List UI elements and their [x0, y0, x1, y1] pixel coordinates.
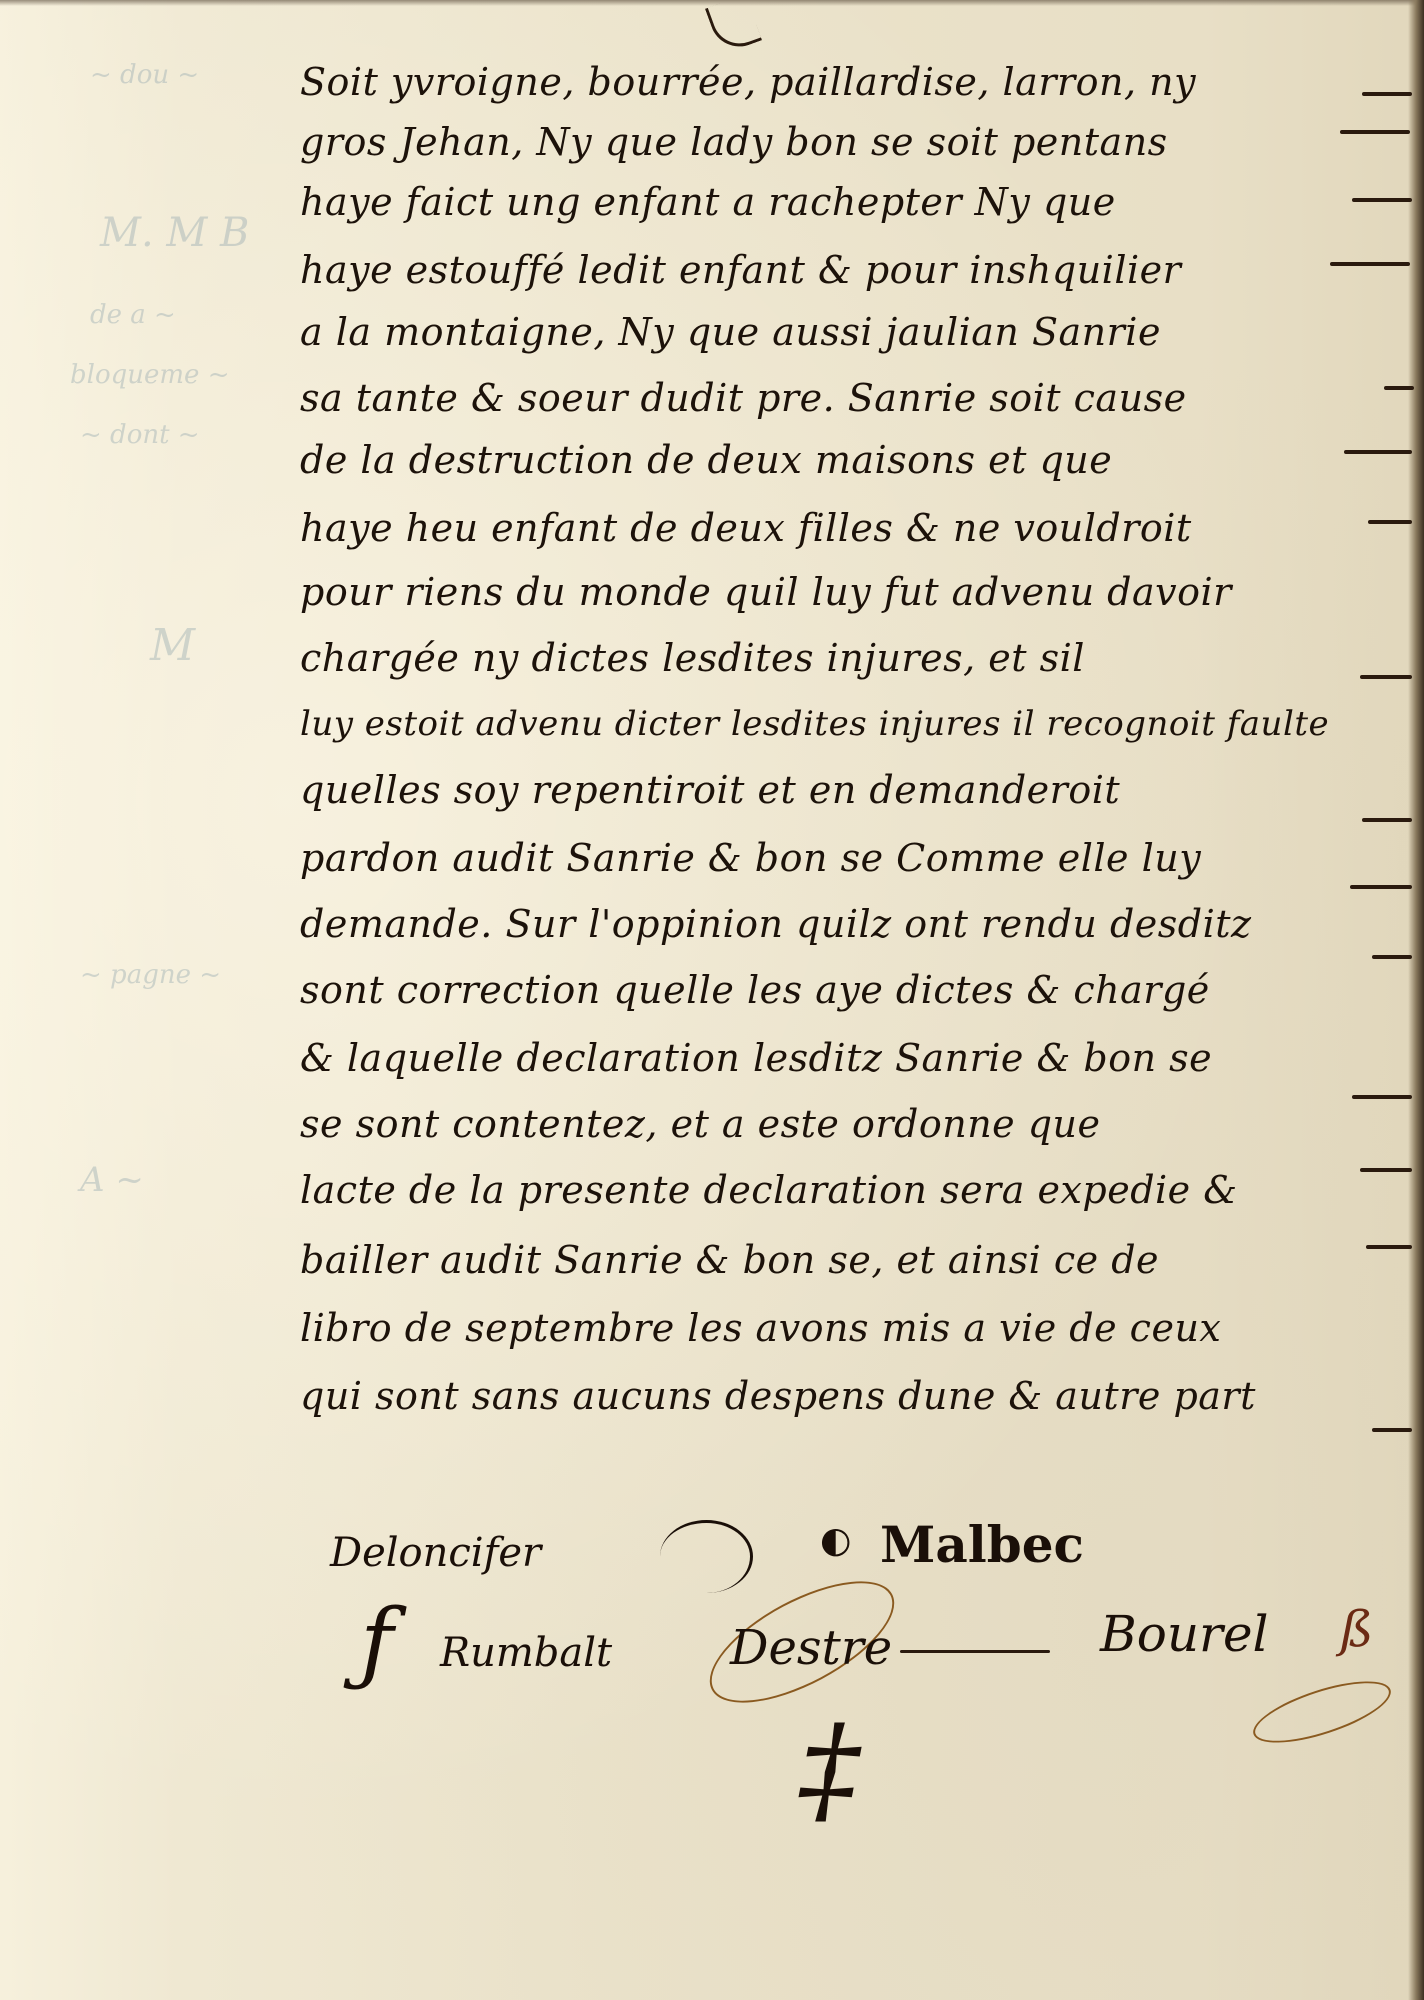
line-filler-dash: [1352, 1095, 1412, 1099]
page-binding-edge: [1408, 0, 1424, 2000]
bleed-through-text: ~ pagne ~: [80, 960, 221, 990]
text-line: qui sont sans aucuns despens dune & autr…: [300, 1374, 1256, 1418]
text-line: pardon audit Sanrie & bon se Comme elle …: [300, 836, 1201, 880]
text-line: a la montaigne, Ny que aussi jaulian San…: [300, 310, 1161, 354]
line-filler-dash: [1352, 198, 1412, 202]
initial-mark: ß: [1340, 1600, 1373, 1658]
text-line: quelles soy repentiroit et en demanderoi…: [300, 768, 1120, 812]
bleed-through-text: M. M B: [100, 210, 249, 256]
text-line: luy estoit advenu dicter lesdites injure…: [300, 704, 1329, 744]
flourish-mark: ◐: [820, 1520, 851, 1561]
text-line: de la destruction de deux maisons et que: [300, 438, 1112, 482]
text-line: libro de septembre les avons mis a vie d…: [300, 1306, 1221, 1350]
text-line: haye estouffé ledit enfant & pour inshqu…: [300, 248, 1181, 292]
text-line: se sont contentez, et a este ordonne que: [300, 1102, 1101, 1146]
text-line: bailler audit Sanrie & bon se, et ainsi …: [300, 1238, 1159, 1282]
bleed-through-text: A ~: [80, 1160, 144, 1200]
text-line: haye heu enfant de deux filles & ne voul…: [300, 506, 1192, 550]
manuscript-page: ~ dou ~ M. M B de a ~ bloqueme ~ ~ dont …: [0, 0, 1424, 2000]
line-filler-dash: [1372, 1428, 1412, 1432]
signature-rumbalt: Rumbalt: [440, 1630, 612, 1676]
text-line: lacte de la presente declaration sera ex…: [300, 1168, 1238, 1212]
text-line: sa tante & soeur dudit pre. Sanrie soit …: [300, 376, 1187, 420]
text-line: demande. Sur l'oppinion quilz ont rendu …: [300, 902, 1252, 946]
line-filler-dash: [1368, 520, 1412, 524]
line-filler-dash: [1360, 675, 1412, 679]
bleed-through-text: de a ~: [90, 300, 176, 330]
line-filler-dash: [1344, 450, 1412, 454]
bleed-through-text: M: [150, 620, 195, 671]
line-filler-dash: [1362, 818, 1412, 822]
bleed-through-text: ~ dou ~: [90, 60, 199, 90]
line-filler-dash: [1366, 1245, 1412, 1249]
signature-loop: [1247, 1669, 1398, 1755]
text-line: Soit yvroigne, bourrée, paillardise, lar…: [300, 60, 1196, 104]
text-line: & laquelle declaration lesditz Sanrie & …: [300, 1036, 1212, 1080]
top-flourish: [705, 0, 762, 55]
line-filler-dash: [1384, 386, 1414, 390]
signature-deloncifer: Deloncifer: [330, 1530, 541, 1576]
cross-mark: ‡: [800, 1700, 860, 1839]
notary-mark: ƒ: [360, 1590, 393, 1695]
signature-paraph: [660, 1520, 753, 1593]
text-line: sont correction quelle les aye dictes & …: [300, 968, 1210, 1012]
text-line: haye faict ung enfant a rachepter Ny que: [300, 180, 1116, 224]
line-filler-dash: [1362, 92, 1412, 96]
line-filler-dash: [1340, 130, 1410, 134]
line-filler-dash: [1372, 955, 1412, 959]
bleed-through-text: ~ dont ~: [80, 420, 200, 450]
text-line: chargée ny dictes lesdites injures, et s…: [300, 636, 1085, 680]
signature-line: [900, 1650, 1050, 1653]
text-line: pour riens du monde quil luy fut advenu …: [300, 570, 1232, 614]
line-filler-dash: [1350, 885, 1412, 889]
line-filler-dash: [1360, 1168, 1412, 1172]
signature-destre: Destre: [730, 1620, 892, 1676]
line-filler-dash: [1330, 262, 1410, 266]
text-line: gros Jehan, Ny que lady bon se soit pent…: [300, 120, 1168, 164]
bleed-through-text: bloqueme ~: [70, 360, 229, 390]
signature-bourel: Bourel: [1100, 1605, 1269, 1663]
signature-malbec: Malbec: [880, 1515, 1084, 1574]
